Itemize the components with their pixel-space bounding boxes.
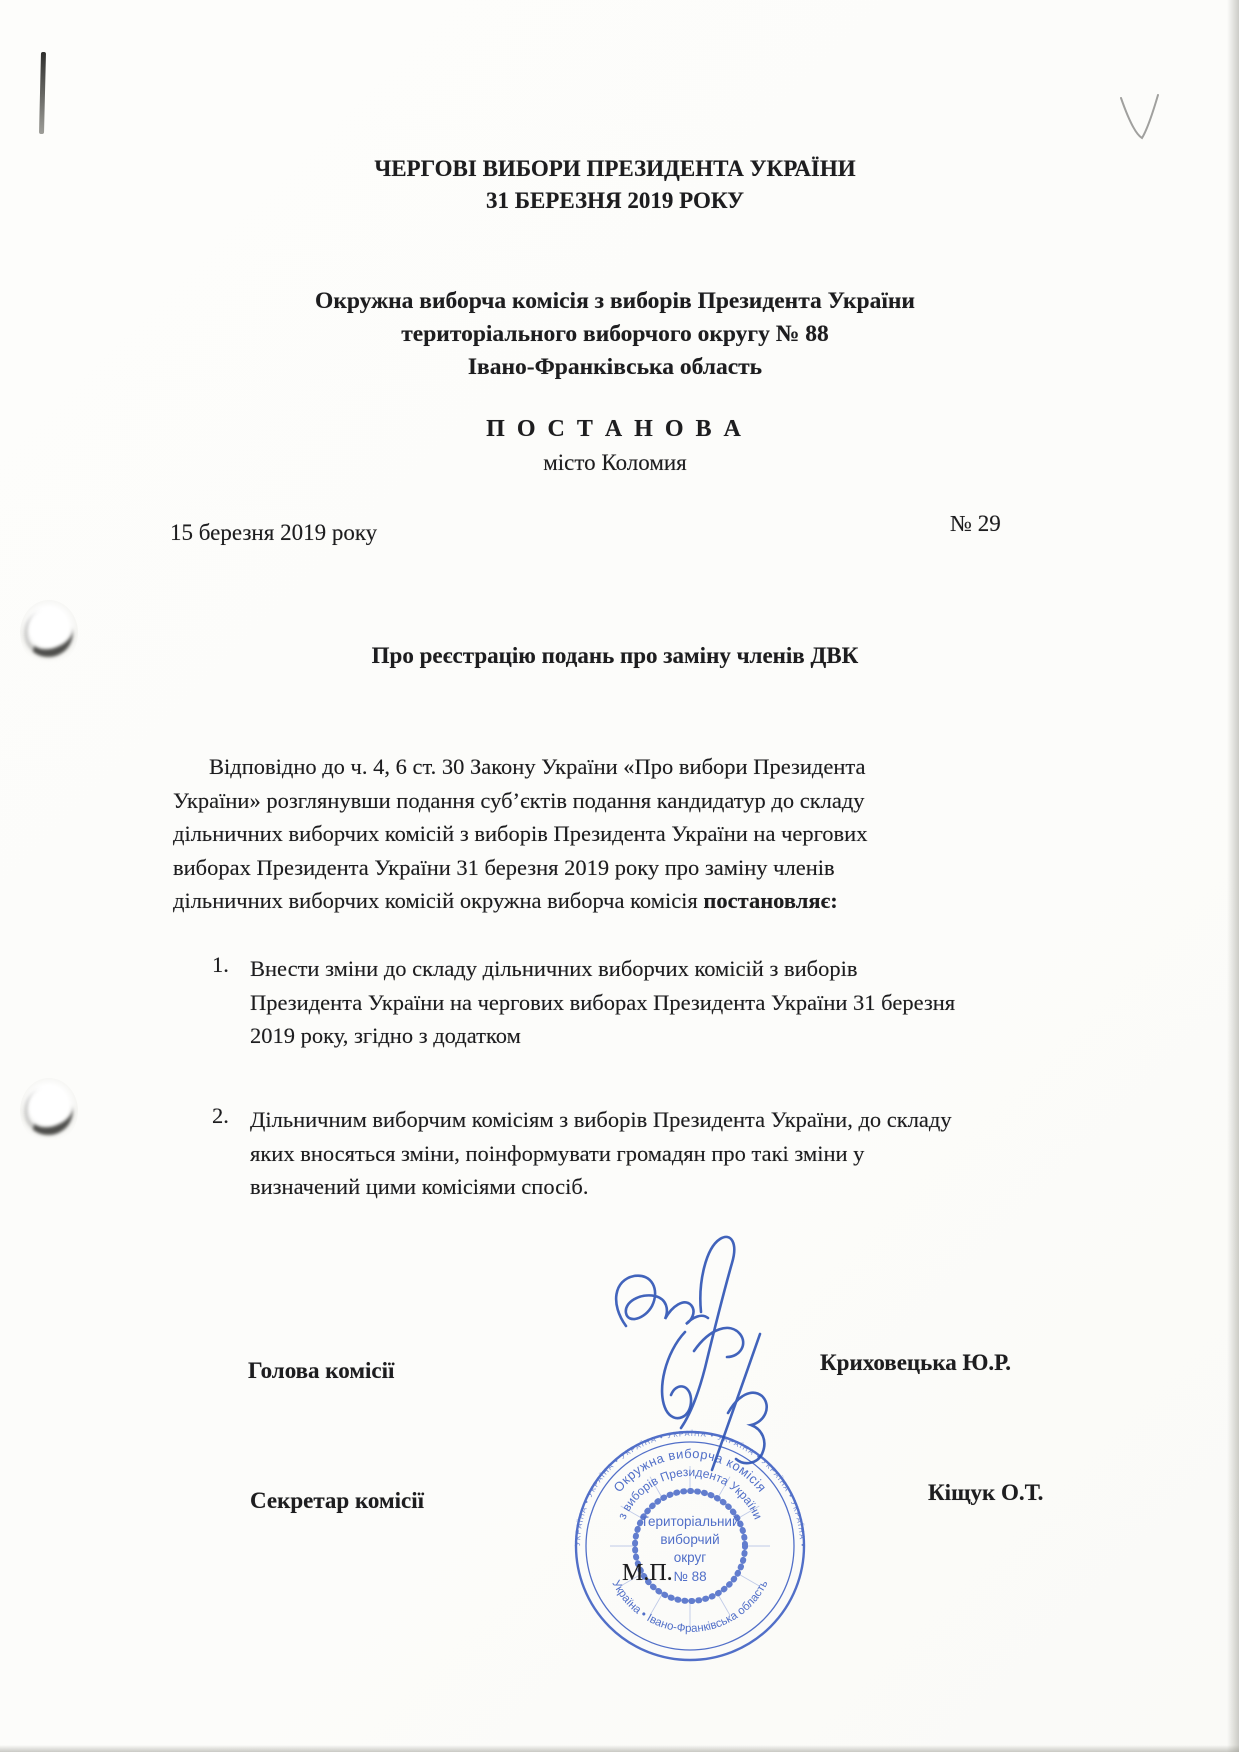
signatory-name-secretary: Кіщук О.Т. bbox=[928, 1480, 1043, 1506]
scan-edge-bottom bbox=[0, 1745, 1239, 1752]
document-city: місто Коломия bbox=[170, 450, 1060, 476]
signatory-role-secretary: Секретар комісії bbox=[250, 1488, 424, 1514]
body-paragraph-bold: постановляє: bbox=[703, 888, 837, 913]
body-paragraph: Відповідно до ч. 4, 6 ст. 30 Закону Укра… bbox=[173, 750, 1057, 918]
scan-edge-right bbox=[1227, 0, 1239, 1752]
stamp-center-line2: виборчий bbox=[660, 1532, 719, 1547]
item-number: 2. bbox=[212, 1103, 229, 1129]
document-type-title: П О С Т А Н О В А bbox=[170, 416, 1060, 443]
secretary-signature-icon bbox=[638, 1318, 798, 1493]
election-header-line2: 31 БЕРЕЗНЯ 2019 РОКУ bbox=[170, 188, 1060, 214]
commission-name-line1: Окружна виборча комісія з виборів Презид… bbox=[170, 288, 1060, 315]
item-text: Дільничним виборчим комісіям з виборів П… bbox=[250, 1103, 1118, 1204]
scan-artifact-line bbox=[39, 52, 46, 134]
signatory-role-head: Голова комісії bbox=[248, 1358, 394, 1384]
scanned-document-page: ЧЕРГОВІ ВИБОРИ ПРЕЗИДЕНТА УКРАЇНИ 31 БЕР… bbox=[0, 0, 1239, 1752]
commission-name-line3: Івано-Франківська область bbox=[170, 354, 1060, 381]
stamp-center-line1: Територіальний bbox=[640, 1514, 739, 1529]
commission-name-line2: територіального виборчого округу № 88 bbox=[170, 321, 1060, 348]
document-number: № 29 bbox=[950, 511, 1001, 537]
seal-place-abbr: М.П. bbox=[622, 1560, 673, 1587]
stamp-center-line3: округ bbox=[674, 1550, 707, 1565]
document-date: 15 березня 2019 року bbox=[170, 520, 377, 546]
stamp-center-line4: № 88 bbox=[673, 1569, 706, 1584]
punch-hole-shadow bbox=[20, 600, 78, 666]
signatory-name-head: Криховецька Ю.Р. bbox=[820, 1350, 1011, 1376]
election-header-line1: ЧЕРГОВІ ВИБОРИ ПРЕЗИДЕНТА УКРАЇНИ bbox=[170, 156, 1060, 182]
item-text: Внести зміни до складу дільничних виборч… bbox=[250, 952, 1118, 1053]
document-subject: Про реєстрацію подань про заміну членів … bbox=[170, 643, 1060, 669]
punch-hole-shadow bbox=[20, 1078, 78, 1144]
item-number: 1. bbox=[212, 952, 229, 978]
pencil-checkmark-icon bbox=[1118, 92, 1160, 142]
